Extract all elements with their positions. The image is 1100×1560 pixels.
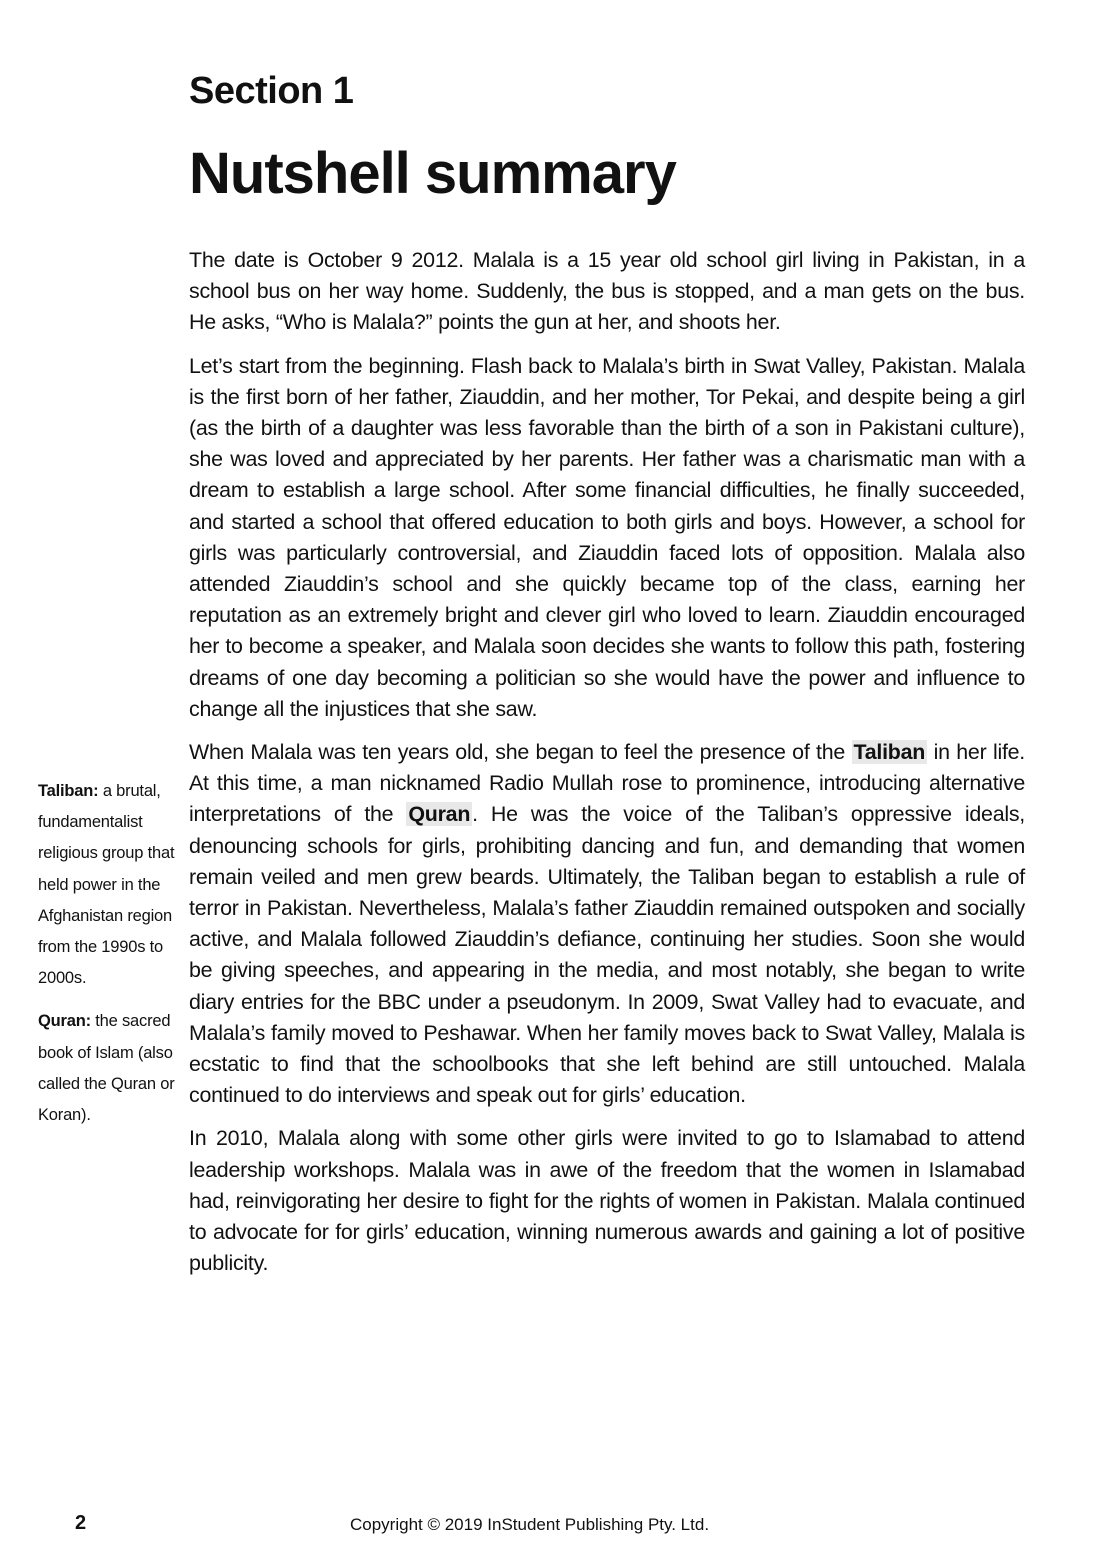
glossary-term: Quran: — [38, 1012, 91, 1030]
glossary-term-taliban: Taliban — [852, 740, 928, 764]
main-text: The date is October 9 2012. Malala is a … — [189, 245, 1025, 1292]
copyright-notice: Copyright © 2019 InStudent Publishing Pt… — [350, 1515, 709, 1535]
glossary-definition: a brutal, fundamentalist religious group… — [38, 782, 174, 987]
paragraph-1: The date is October 9 2012. Malala is a … — [189, 245, 1025, 339]
glossary-sidebar: Taliban: a brutal, fundamentalist religi… — [38, 776, 178, 1143]
section-label: Section 1 — [189, 70, 353, 113]
paragraph-2: Let’s start from the beginning. Flash ba… — [189, 351, 1025, 725]
text-run: . He was the voice of the Taliban’s oppr… — [189, 802, 1025, 1107]
text-run: When Malala was ten years old, she began… — [189, 740, 852, 764]
page-title: Nutshell summary — [189, 140, 676, 207]
glossary-term: Taliban: — [38, 782, 98, 800]
glossary-term-quran: Quran — [406, 802, 472, 826]
page-number: 2 — [75, 1512, 86, 1535]
paragraph-4: In 2010, Malala along with some other gi… — [189, 1123, 1025, 1279]
glossary-entry: Quran: the sacred book of Islam (also ca… — [38, 1006, 178, 1131]
paragraph-3: When Malala was ten years old, she began… — [189, 737, 1025, 1111]
glossary-entry: Taliban: a brutal, fundamentalist religi… — [38, 776, 178, 994]
